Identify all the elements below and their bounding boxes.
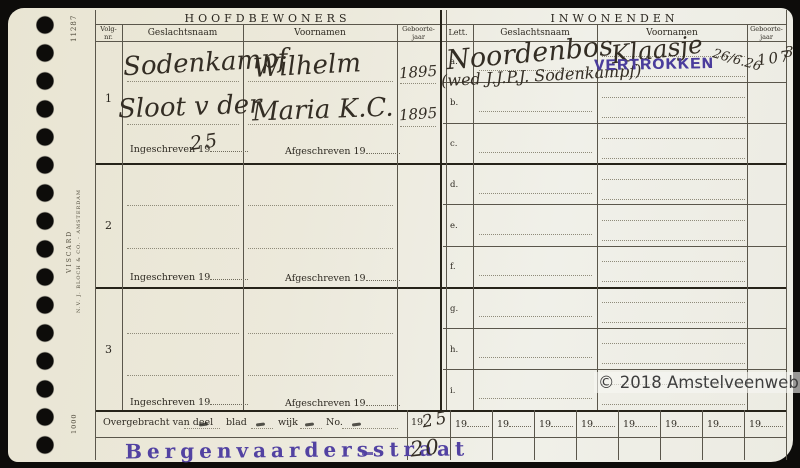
- year-cell: 19: [497, 418, 531, 430]
- card-maker-address: N.V. J. BLOCH & CO. - AMSTERDAM: [76, 176, 82, 326]
- row-letter-f: f.: [450, 262, 456, 272]
- writing-line: [602, 363, 745, 364]
- row-letter-b: b.: [450, 98, 458, 108]
- writing-line: [602, 240, 745, 241]
- writing-line: [248, 248, 393, 249]
- punch-holes: [36, 11, 54, 459]
- blank-leader: [366, 397, 400, 406]
- hw-geslachtsnaam-2: Sloot v der: [118, 90, 263, 125]
- writing-line: [479, 275, 592, 276]
- writing-line: [602, 158, 745, 159]
- row-letter-i: i.: [450, 386, 455, 396]
- blank-leader: [719, 418, 741, 427]
- blank-leader: [593, 418, 615, 427]
- rule: [443, 369, 786, 370]
- writing-line: [602, 97, 745, 98]
- blank-leader: [210, 396, 248, 405]
- rule: [618, 410, 619, 460]
- writing-line: [602, 199, 745, 200]
- writing-line: [602, 404, 745, 405]
- header-geboortejaar-right: Geboorte- jaar: [747, 26, 786, 41]
- row-letter-e: e.: [450, 221, 458, 231]
- rule: [492, 410, 493, 460]
- writing-line: [248, 205, 393, 206]
- blank-leader: [366, 145, 400, 154]
- writing-line: [127, 333, 239, 334]
- blank-leader: [761, 418, 783, 427]
- writing-line: [479, 357, 592, 358]
- writing-line: [479, 398, 592, 399]
- hw-house-number: 20: [409, 434, 442, 461]
- writing-line: [248, 375, 393, 376]
- afgeschreven-row3: Afgeschreven 19: [285, 397, 400, 409]
- header-lett: Lett.: [443, 28, 473, 37]
- writing-line: [602, 322, 745, 323]
- writing-line: [602, 261, 745, 262]
- blank-leader: [184, 428, 220, 429]
- year-cell: 19: [665, 418, 699, 430]
- blank-leader: [551, 418, 573, 427]
- hw-voornamen-2: Maria K.C.: [252, 93, 395, 128]
- header-geslachtsnaam-left: Geslachtsnaam: [122, 28, 243, 38]
- writing-line: [248, 333, 393, 334]
- ingeschreven-label: Ingeschreven 19: [130, 272, 210, 283]
- writing-line: [602, 138, 745, 139]
- blank-leader: [677, 418, 699, 427]
- header-voornamen-left: Voornamen: [243, 28, 397, 38]
- transfer-label-blad: blad: [226, 417, 247, 428]
- year-cell-label: 19: [497, 419, 509, 430]
- writing-line: [400, 83, 436, 84]
- blank-leader: [509, 418, 531, 427]
- card-serial-bottom: 1000: [70, 410, 78, 438]
- row-letter-h: h.: [450, 345, 458, 355]
- writing-line: [127, 375, 239, 376]
- year-cell-label: 19: [623, 419, 635, 430]
- row-letter-c: c.: [450, 139, 457, 149]
- volgnr-3: 3: [95, 343, 122, 356]
- writing-line: [479, 152, 592, 153]
- rule: [534, 410, 535, 460]
- vertrokken-stamp: VERTROKKEN: [594, 55, 714, 74]
- rule: [397, 24, 398, 410]
- blank-leader: [300, 428, 322, 429]
- writing-line: [602, 302, 745, 303]
- year-cell-label: 19: [665, 419, 677, 430]
- year-cell: 19: [749, 418, 783, 430]
- year-cell: 19: [623, 418, 657, 430]
- writing-line: [602, 343, 745, 344]
- year-cell-label: 19: [455, 419, 467, 430]
- afgeschreven-label: Afgeschreven 19: [285, 273, 366, 284]
- hw-ingeschreven-year: 25: [189, 129, 222, 155]
- ingeschreven-label: Ingeschreven 19: [130, 397, 210, 408]
- rule: [122, 24, 123, 410]
- writing-line: [602, 281, 745, 282]
- writing-line: [127, 248, 239, 249]
- scanned-registration-card: 11287 VISCARD N.V. J. BLOCH & CO. - AMST…: [0, 0, 800, 468]
- writing-line: [602, 179, 745, 180]
- year-cell: 19: [539, 418, 573, 430]
- writing-line: [479, 234, 592, 235]
- blank-leader: [467, 418, 489, 427]
- ingeschreven-row2: Ingeschreven 19: [130, 271, 248, 283]
- rule: [702, 410, 703, 460]
- writing-line: [127, 124, 239, 125]
- hw-voornamen-1: Wilhelm: [252, 48, 361, 84]
- writing-line: [602, 117, 745, 118]
- header-geboortejaar-left: Geboorte- jaar: [397, 26, 440, 41]
- transfer-label-deel: Overgebracht van deel: [103, 417, 213, 428]
- ingeschreven-row3: Ingeschreven 19: [130, 396, 248, 408]
- hw-annotation-2: 3: [784, 43, 794, 61]
- stamp-dash: [362, 452, 373, 455]
- year-cell: 19: [581, 418, 615, 430]
- blank-leader: [210, 271, 248, 280]
- year-cell-label: 19: [539, 419, 551, 430]
- header-volgnr: Volg- nr.: [95, 26, 122, 41]
- rule: [443, 328, 786, 329]
- writing-line: [479, 316, 592, 317]
- year-cell-label: 19: [581, 419, 593, 430]
- writing-line: [479, 193, 592, 194]
- header-geboortejaar-left-line2: jaar: [412, 33, 425, 41]
- row-letter-g: g.: [450, 304, 458, 314]
- writing-line: [479, 111, 592, 112]
- rule: [747, 24, 748, 410]
- year-cell: 19: [707, 418, 741, 430]
- center-divider: [440, 10, 442, 410]
- copyright-watermark: © 2018 Amstelveenweb.com: [594, 372, 800, 393]
- hw-geboortejaar-1: 1895: [398, 62, 437, 83]
- rule: [243, 24, 244, 410]
- card-maker-name: VISCARD: [66, 196, 73, 306]
- rule: [443, 204, 786, 205]
- row-letter-d: d.: [450, 180, 458, 190]
- rule: [95, 10, 96, 460]
- rule: [443, 246, 786, 247]
- year-cell: 19: [455, 418, 489, 430]
- blank-leader: [251, 428, 273, 429]
- afgeschreven-label: Afgeschreven 19: [285, 398, 366, 409]
- card-serial-top: 11287: [70, 10, 78, 46]
- header-volgnr-line2: nr.: [104, 33, 113, 41]
- afgeschreven-row2: Afgeschreven 19: [285, 272, 400, 284]
- rule: [744, 410, 745, 460]
- afgeschreven-row1: Afgeschreven 19: [285, 145, 400, 157]
- rule: [660, 410, 661, 460]
- transfer-label-wijk: wijk: [278, 417, 298, 428]
- year-cell-label: 19: [707, 419, 719, 430]
- year-cell-label: 19: [749, 419, 761, 430]
- rule: [576, 410, 577, 460]
- header-geboortejaar-right-line2: jaar: [760, 33, 773, 41]
- volgnr-2: 2: [95, 219, 122, 232]
- writing-line: [400, 126, 436, 127]
- afgeschreven-label: Afgeschreven 19: [285, 146, 366, 157]
- blank-leader: [342, 428, 398, 429]
- rule: [443, 123, 786, 124]
- blank-leader: [366, 272, 400, 281]
- writing-line: [602, 220, 745, 221]
- writing-line: [127, 205, 239, 206]
- ingeschreven-row1: Ingeschreven 19: [130, 143, 248, 155]
- hw-geboortejaar-2: 1895: [398, 104, 437, 125]
- transfer-label-no: No.: [326, 417, 343, 428]
- blank-leader: [635, 418, 657, 427]
